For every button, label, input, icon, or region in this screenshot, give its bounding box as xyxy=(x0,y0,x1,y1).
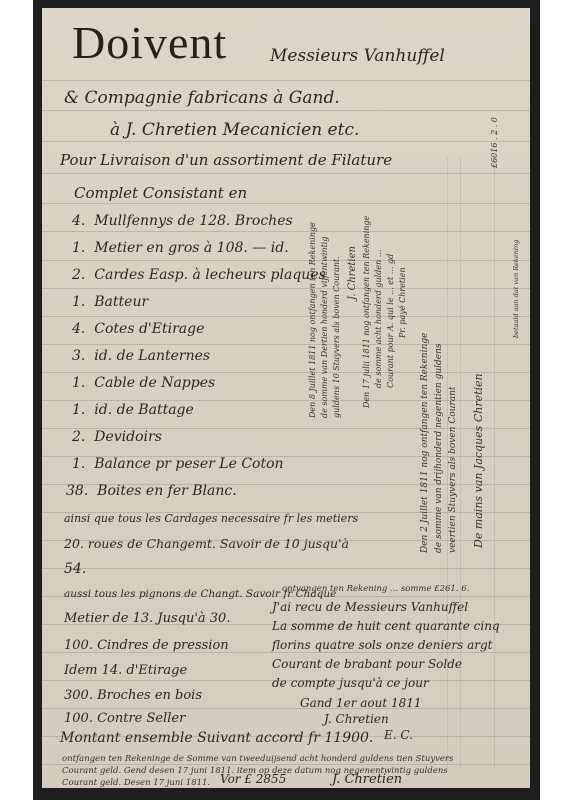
vertical-note: de somme van drijhonderd negentien gulde… xyxy=(434,343,444,553)
item-desc: Cardes Easp. à lecheurs plaques xyxy=(94,267,326,283)
total-initials: E. C. xyxy=(384,728,413,742)
header-line-1: Messieurs Vanhuffel xyxy=(270,46,445,66)
note-line: Metier de 13. Jusqu'à 30. xyxy=(64,611,230,626)
item-desc: Boites en fer Blanc. xyxy=(97,483,237,499)
item-desc: Mullfennys de 128. Broches xyxy=(94,213,292,229)
header-line-3: à J. Chretien Mecanicien etc. xyxy=(110,120,359,140)
footer-line: Courant geld. Desen 17 juni 1811. xyxy=(62,778,210,788)
item-desc: Cotes d'Etirage xyxy=(94,321,204,337)
vertical-note: betaald aan dat van Rekening xyxy=(512,240,520,338)
receipt-line: florins quatre sols onze deniers argt xyxy=(272,638,492,652)
item-qty: 3. xyxy=(72,348,85,364)
note-line: 100. Contre Seller xyxy=(64,711,185,726)
note-line: 20. roues de Changemt. Savoir de 10 jusq… xyxy=(64,536,349,551)
item-qty: 1. xyxy=(72,375,85,391)
item-qty: 1. xyxy=(72,402,85,418)
item-desc: Balance pr peser Le Coton xyxy=(94,456,283,472)
item-qty: 4. xyxy=(72,321,85,337)
note-line: ainsi que tous les Cardages necessaire f… xyxy=(64,512,358,525)
receipt-line: de compte jusqu'à ce jour xyxy=(272,676,429,690)
vertical-note: veertien Stuyvers als boven Courant xyxy=(448,386,458,553)
item-qty: 1. xyxy=(72,456,85,472)
footer-amount: Vor £ 2855 xyxy=(220,772,286,786)
item-desc: id. de Battage xyxy=(94,402,194,418)
footer-line: ontfangen ten Rekeninge de Somme van twe… xyxy=(62,754,453,764)
item-qty: 38. xyxy=(66,483,88,499)
footer-signature: J. Chretien xyxy=(332,772,402,787)
vertical-note: Courant pour A. qui le ... et ... gd xyxy=(386,254,395,388)
item-qty: 4. xyxy=(72,213,85,229)
item-desc: Devidoirs xyxy=(94,429,162,445)
item-qty: 1. xyxy=(72,294,85,310)
vertical-signature: J. Chretien xyxy=(347,246,358,300)
item-desc: Cable de Nappes xyxy=(94,375,215,391)
note-line: 100. Cindres de pression xyxy=(64,638,229,653)
receipt-line: J'ai recu de Messieurs Vanhuffel xyxy=(272,600,468,614)
receipt-date: Gand 1er aout 1811 xyxy=(300,696,422,710)
vertical-note: guldens 10 Stuyvers als boven Courant. xyxy=(332,256,341,418)
header-line-5: Complet Consistant en xyxy=(74,184,247,202)
document-title: Doivent xyxy=(72,16,227,69)
receipt-line: Courant de brabant pour Solde xyxy=(272,657,462,671)
item-desc: id. de Lanternes xyxy=(94,348,210,364)
vertical-note: De mains van Jacques Chretien xyxy=(472,373,485,548)
vertical-note: de somme van Dertien honderd vijfentwint… xyxy=(320,237,329,418)
header-line-2: & Compagnie fabricans à Gand. xyxy=(64,88,340,108)
corner-amount-note: £6016 . 2 . 0 xyxy=(490,117,499,168)
item-qty: 2. xyxy=(72,429,85,445)
note-line: 54. xyxy=(64,561,86,577)
receipt-signature: J. Chretien xyxy=(324,712,389,726)
item-qty: 1. xyxy=(72,240,85,256)
vertical-note: Pr. payé Chretien xyxy=(398,267,407,338)
vertical-note: de somme acht honderd gulden ... xyxy=(374,250,383,388)
vertical-note: Den 17 julii 1811 nog ontfangen ten Reke… xyxy=(362,216,371,408)
header-line-4: Pour Livraison d'un assortiment de Filat… xyxy=(60,151,392,169)
document-page: Doivent Messieurs Vanhuffel & Compagnie … xyxy=(42,8,530,788)
vertical-note: Den 2 Juillet 1811 nog ontfangen ten Rek… xyxy=(420,333,430,553)
item-desc: Metier en gros à 108. — id. xyxy=(94,240,288,256)
item-qty: 2. xyxy=(72,267,85,283)
receipt-header-note: ontvangen ten Rekening ... somme £261. 6… xyxy=(282,584,469,594)
total-line: Montant ensemble Suivant accord fr 11900… xyxy=(60,730,373,746)
item-desc: Batteur xyxy=(94,294,148,310)
note-line: 300. Broches en bois xyxy=(64,688,202,703)
receipt-line: La somme de huit cent quarante cinq xyxy=(272,619,500,633)
vertical-note: Den 8 Juillet 1811 nog ontfangen ten Rek… xyxy=(308,222,317,418)
note-line: Idem 14. d'Etirage xyxy=(64,663,187,678)
